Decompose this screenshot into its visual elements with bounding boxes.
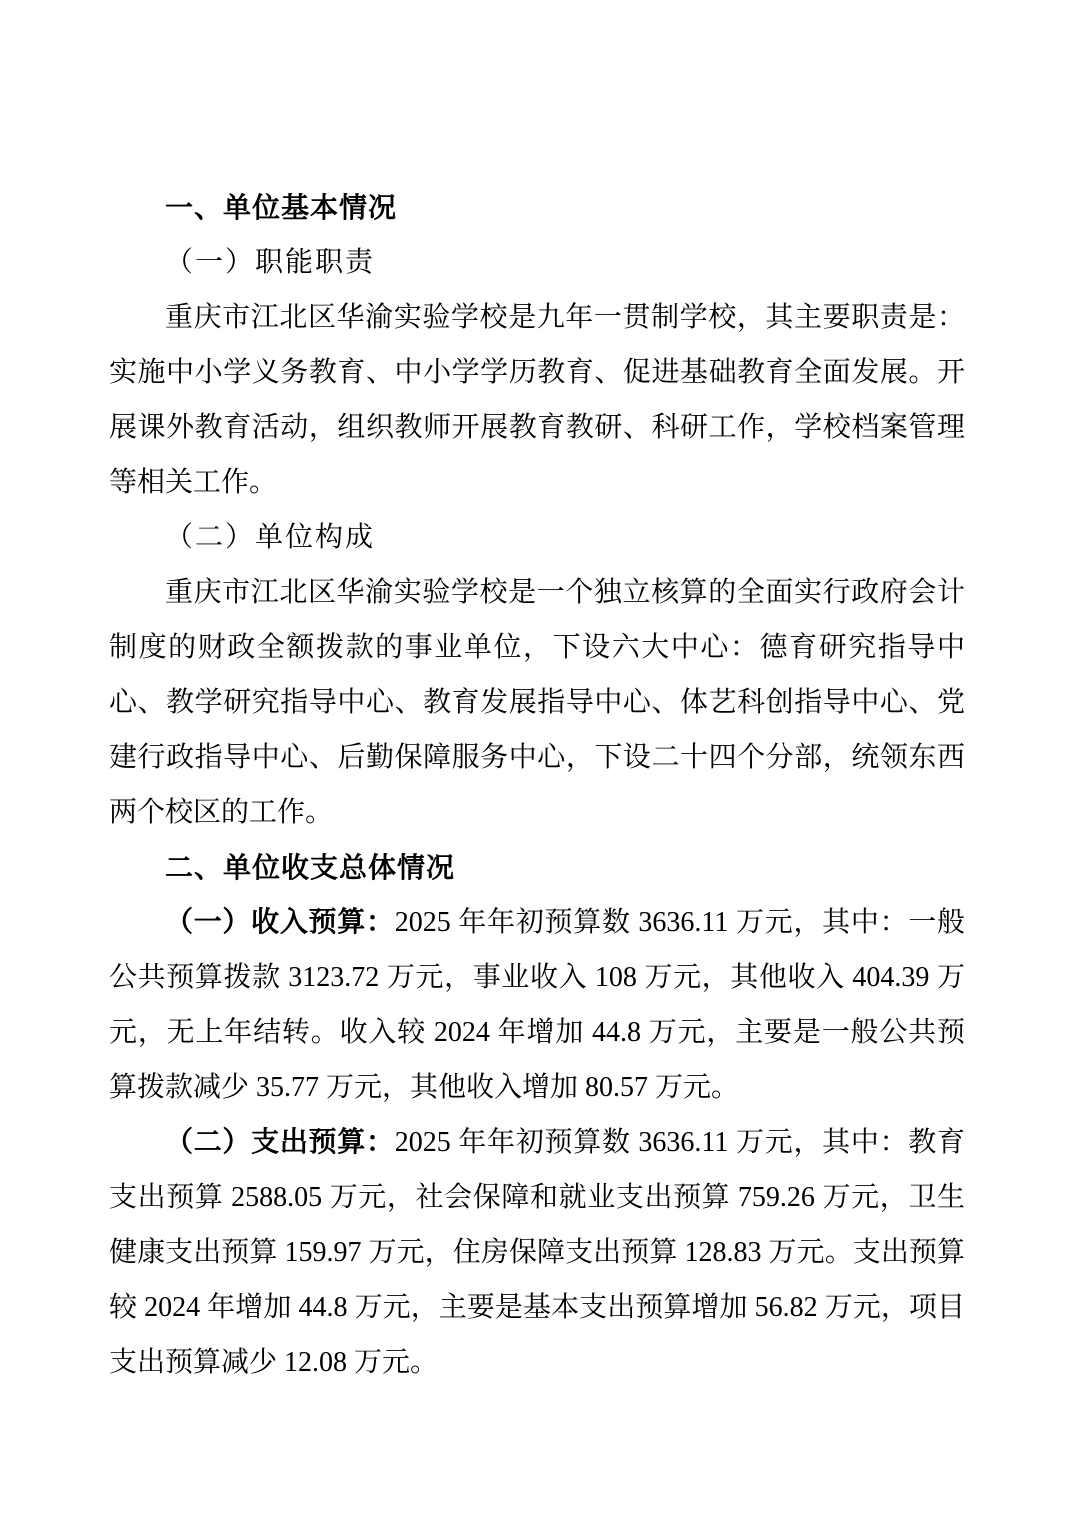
paragraph-composition: 重庆市江北区华渝实验学校是一个独立核算的全面实行政府会计制度的财政全额拨款的事业… [109, 565, 965, 840]
subsection-heading-composition: （二）单位构成 [109, 510, 965, 565]
paragraph-income-budget: （一）收入预算：2025 年年初预算数 3636.11 万元，其中：一般公共预算… [109, 895, 965, 1115]
income-budget-lead: （一）收入预算： [165, 907, 395, 938]
paragraph-duties: 重庆市江北区华渝实验学校是九年一贯制学校，其主要职责是：实施中小学义务教育、中小… [109, 290, 965, 510]
section-heading-basic-info: 一、单位基本情况 [109, 180, 965, 235]
paragraph-expenditure-budget: （二）支出预算：2025 年年初预算数 3636.11 万元，其中：教育支出预算… [109, 1115, 965, 1390]
subsection-heading-duties: （一）职能职责 [109, 235, 965, 290]
section-heading-budget-overview: 二、单位收支总体情况 [109, 840, 965, 895]
expenditure-budget-text: 2025 年年初预算数 3636.11 万元，其中：教育支出预算 2588.05… [109, 1127, 965, 1378]
document-page: 一、单位基本情况 （一）职能职责 重庆市江北区华渝实验学校是九年一贯制学校，其主… [0, 0, 1074, 1520]
expenditure-budget-lead: （二）支出预算： [165, 1127, 395, 1158]
